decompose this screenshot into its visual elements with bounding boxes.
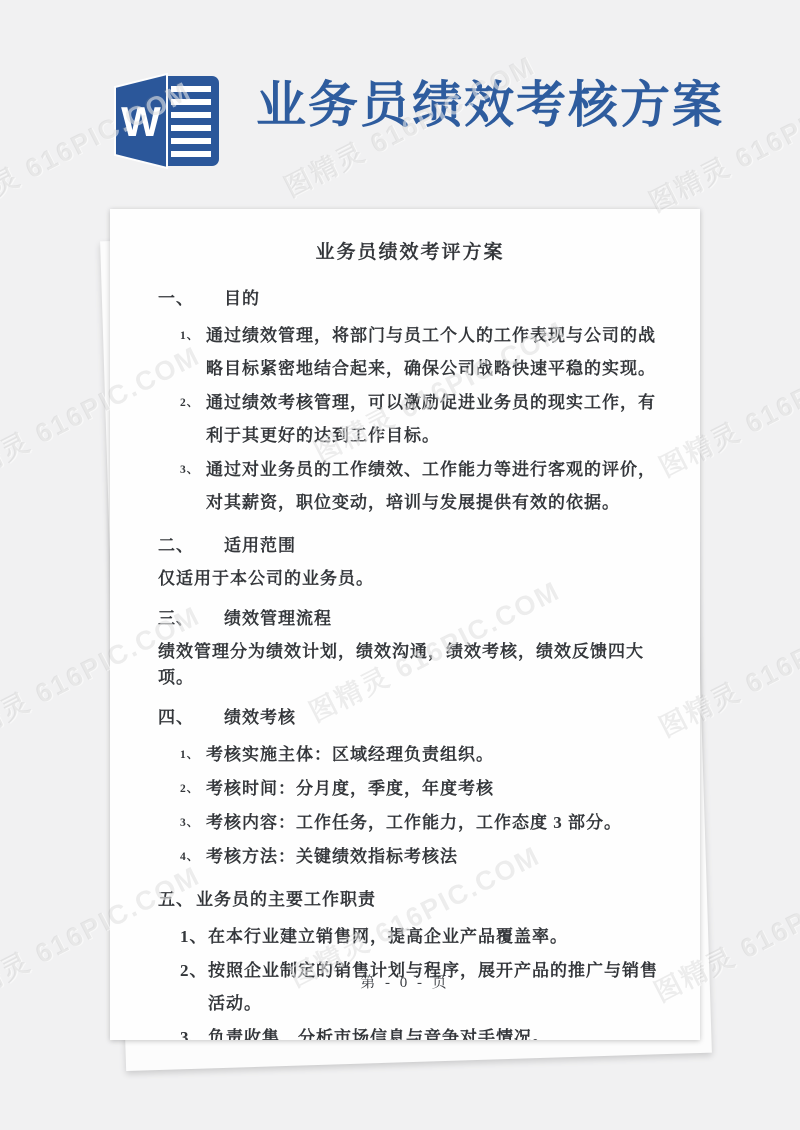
document-sections: 一、目的1、通过绩效管理，将部门与员工个人的工作表现与公司的战略目标紧密地结合起… bbox=[158, 284, 662, 1040]
page-number: 第 - 0 - 页 bbox=[110, 971, 700, 992]
section: 二、适用范围仅适用于本公司的业务员。 bbox=[158, 531, 662, 592]
section: 四、绩效考核1、考核实施主体：区域经理负责组织。2、考核时间：分月度，季度，年度… bbox=[158, 703, 662, 873]
list-item-text: 通过对业务员的工作绩效、工作能力等进行客观的评价，对其薪资，职位变动，培训与发展… bbox=[206, 453, 662, 519]
list-item-number: 3、 bbox=[180, 1021, 208, 1040]
section-title: 绩效管理流程 bbox=[224, 604, 332, 629]
section-title: 绩效考核 bbox=[224, 703, 296, 728]
list-item-text: 考核方法：关键绩效指标考核法 bbox=[206, 840, 662, 873]
list-item-number: 1、 bbox=[180, 738, 206, 771]
section: 五、业务员的主要工作职责1、在本行业建立销售网，提高企业产品覆盖率。2、按照企业… bbox=[158, 885, 662, 1040]
list-item-number: 3、 bbox=[180, 806, 206, 839]
page-header: W 业务员绩效考核方案 bbox=[0, 0, 800, 190]
section-heading: 四、绩效考核 bbox=[158, 703, 662, 728]
list-item-number: 2、 bbox=[180, 772, 206, 805]
section-number: 二、 bbox=[158, 531, 194, 556]
list-item: 3、通过对业务员的工作绩效、工作能力等进行客观的评价，对其薪资，职位变动，培训与… bbox=[180, 453, 662, 519]
section-heading: 二、适用范围 bbox=[158, 531, 662, 556]
list-item-text: 考核实施主体：区域经理负责组织。 bbox=[206, 738, 662, 771]
list-item-text: 通过绩效考核管理，可以激励促进业务员的现实工作，有利于其更好的达到工作目标。 bbox=[206, 386, 662, 452]
list-item-number: 1、 bbox=[180, 319, 206, 385]
section-paragraph: 绩效管理分为绩效计划，绩效沟通，绩效考核，绩效反馈四大项。 bbox=[158, 639, 662, 691]
section-number: 五、 bbox=[158, 885, 194, 910]
section-number: 四、 bbox=[158, 703, 194, 728]
list-item: 1、在本行业建立销售网，提高企业产品覆盖率。 bbox=[180, 920, 662, 953]
list-item-text: 考核时间：分月度，季度，年度考核 bbox=[206, 772, 662, 805]
list-item: 2、通过绩效考核管理，可以激励促进业务员的现实工作，有利于其更好的达到工作目标。 bbox=[180, 386, 662, 452]
list-item: 4、考核方法：关键绩效指标考核法 bbox=[180, 840, 662, 873]
section-heading: 五、业务员的主要工作职责 bbox=[158, 885, 662, 910]
list-item-number: 3、 bbox=[180, 453, 206, 519]
list-item: 1、考核实施主体：区域经理负责组织。 bbox=[180, 738, 662, 771]
list-item-number: 1、 bbox=[180, 920, 208, 953]
section-title: 业务员的主要工作职责 bbox=[196, 885, 376, 910]
document-content: 业务员绩效考评方案 一、目的1、通过绩效管理，将部门与员工个人的工作表现与公司的… bbox=[110, 209, 700, 1040]
section: 一、目的1、通过绩效管理，将部门与员工个人的工作表现与公司的战略目标紧密地结合起… bbox=[158, 284, 662, 519]
page-title: 业务员绩效考核方案 bbox=[256, 78, 776, 133]
section-number: 三、 bbox=[158, 604, 194, 629]
svg-text:W: W bbox=[121, 98, 161, 145]
list-item-text: 在本行业建立销售网，提高企业产品覆盖率。 bbox=[208, 920, 662, 953]
section-heading: 三、绩效管理流程 bbox=[158, 604, 662, 629]
document-title: 业务员绩效考评方案 bbox=[158, 237, 662, 264]
section-heading: 一、目的 bbox=[158, 284, 662, 309]
list-item-text: 负责收集、分析市场信息与竞争对手情况。 bbox=[208, 1021, 662, 1040]
section-paragraph: 仅适用于本公司的业务员。 bbox=[158, 566, 662, 592]
list-item-text: 通过绩效管理，将部门与员工个人的工作表现与公司的战略目标紧密地结合起来，确保公司… bbox=[206, 319, 662, 385]
section-number: 一、 bbox=[158, 284, 194, 309]
list-item: 1、通过绩效管理，将部门与员工个人的工作表现与公司的战略目标紧密地结合起来，确保… bbox=[180, 319, 662, 385]
list-item-number: 2、 bbox=[180, 386, 206, 452]
list-item: 3、负责收集、分析市场信息与竞争对手情况。 bbox=[180, 1021, 662, 1040]
list-item-text: 考核内容：工作任务，工作能力，工作态度 3 部分。 bbox=[206, 806, 662, 839]
list-item: 3、考核内容：工作任务，工作能力，工作态度 3 部分。 bbox=[180, 806, 662, 839]
list-item-number: 4、 bbox=[180, 840, 206, 873]
section-title: 适用范围 bbox=[224, 531, 296, 556]
section-title: 目的 bbox=[224, 284, 260, 309]
list-item: 2、考核时间：分月度，季度，年度考核 bbox=[180, 772, 662, 805]
section: 三、绩效管理流程绩效管理分为绩效计划，绩效沟通，绩效考核，绩效反馈四大项。 bbox=[158, 604, 662, 691]
document-page: 业务员绩效考评方案 一、目的1、通过绩效管理，将部门与员工个人的工作表现与公司的… bbox=[110, 209, 700, 1040]
word-icon: W bbox=[103, 70, 225, 172]
